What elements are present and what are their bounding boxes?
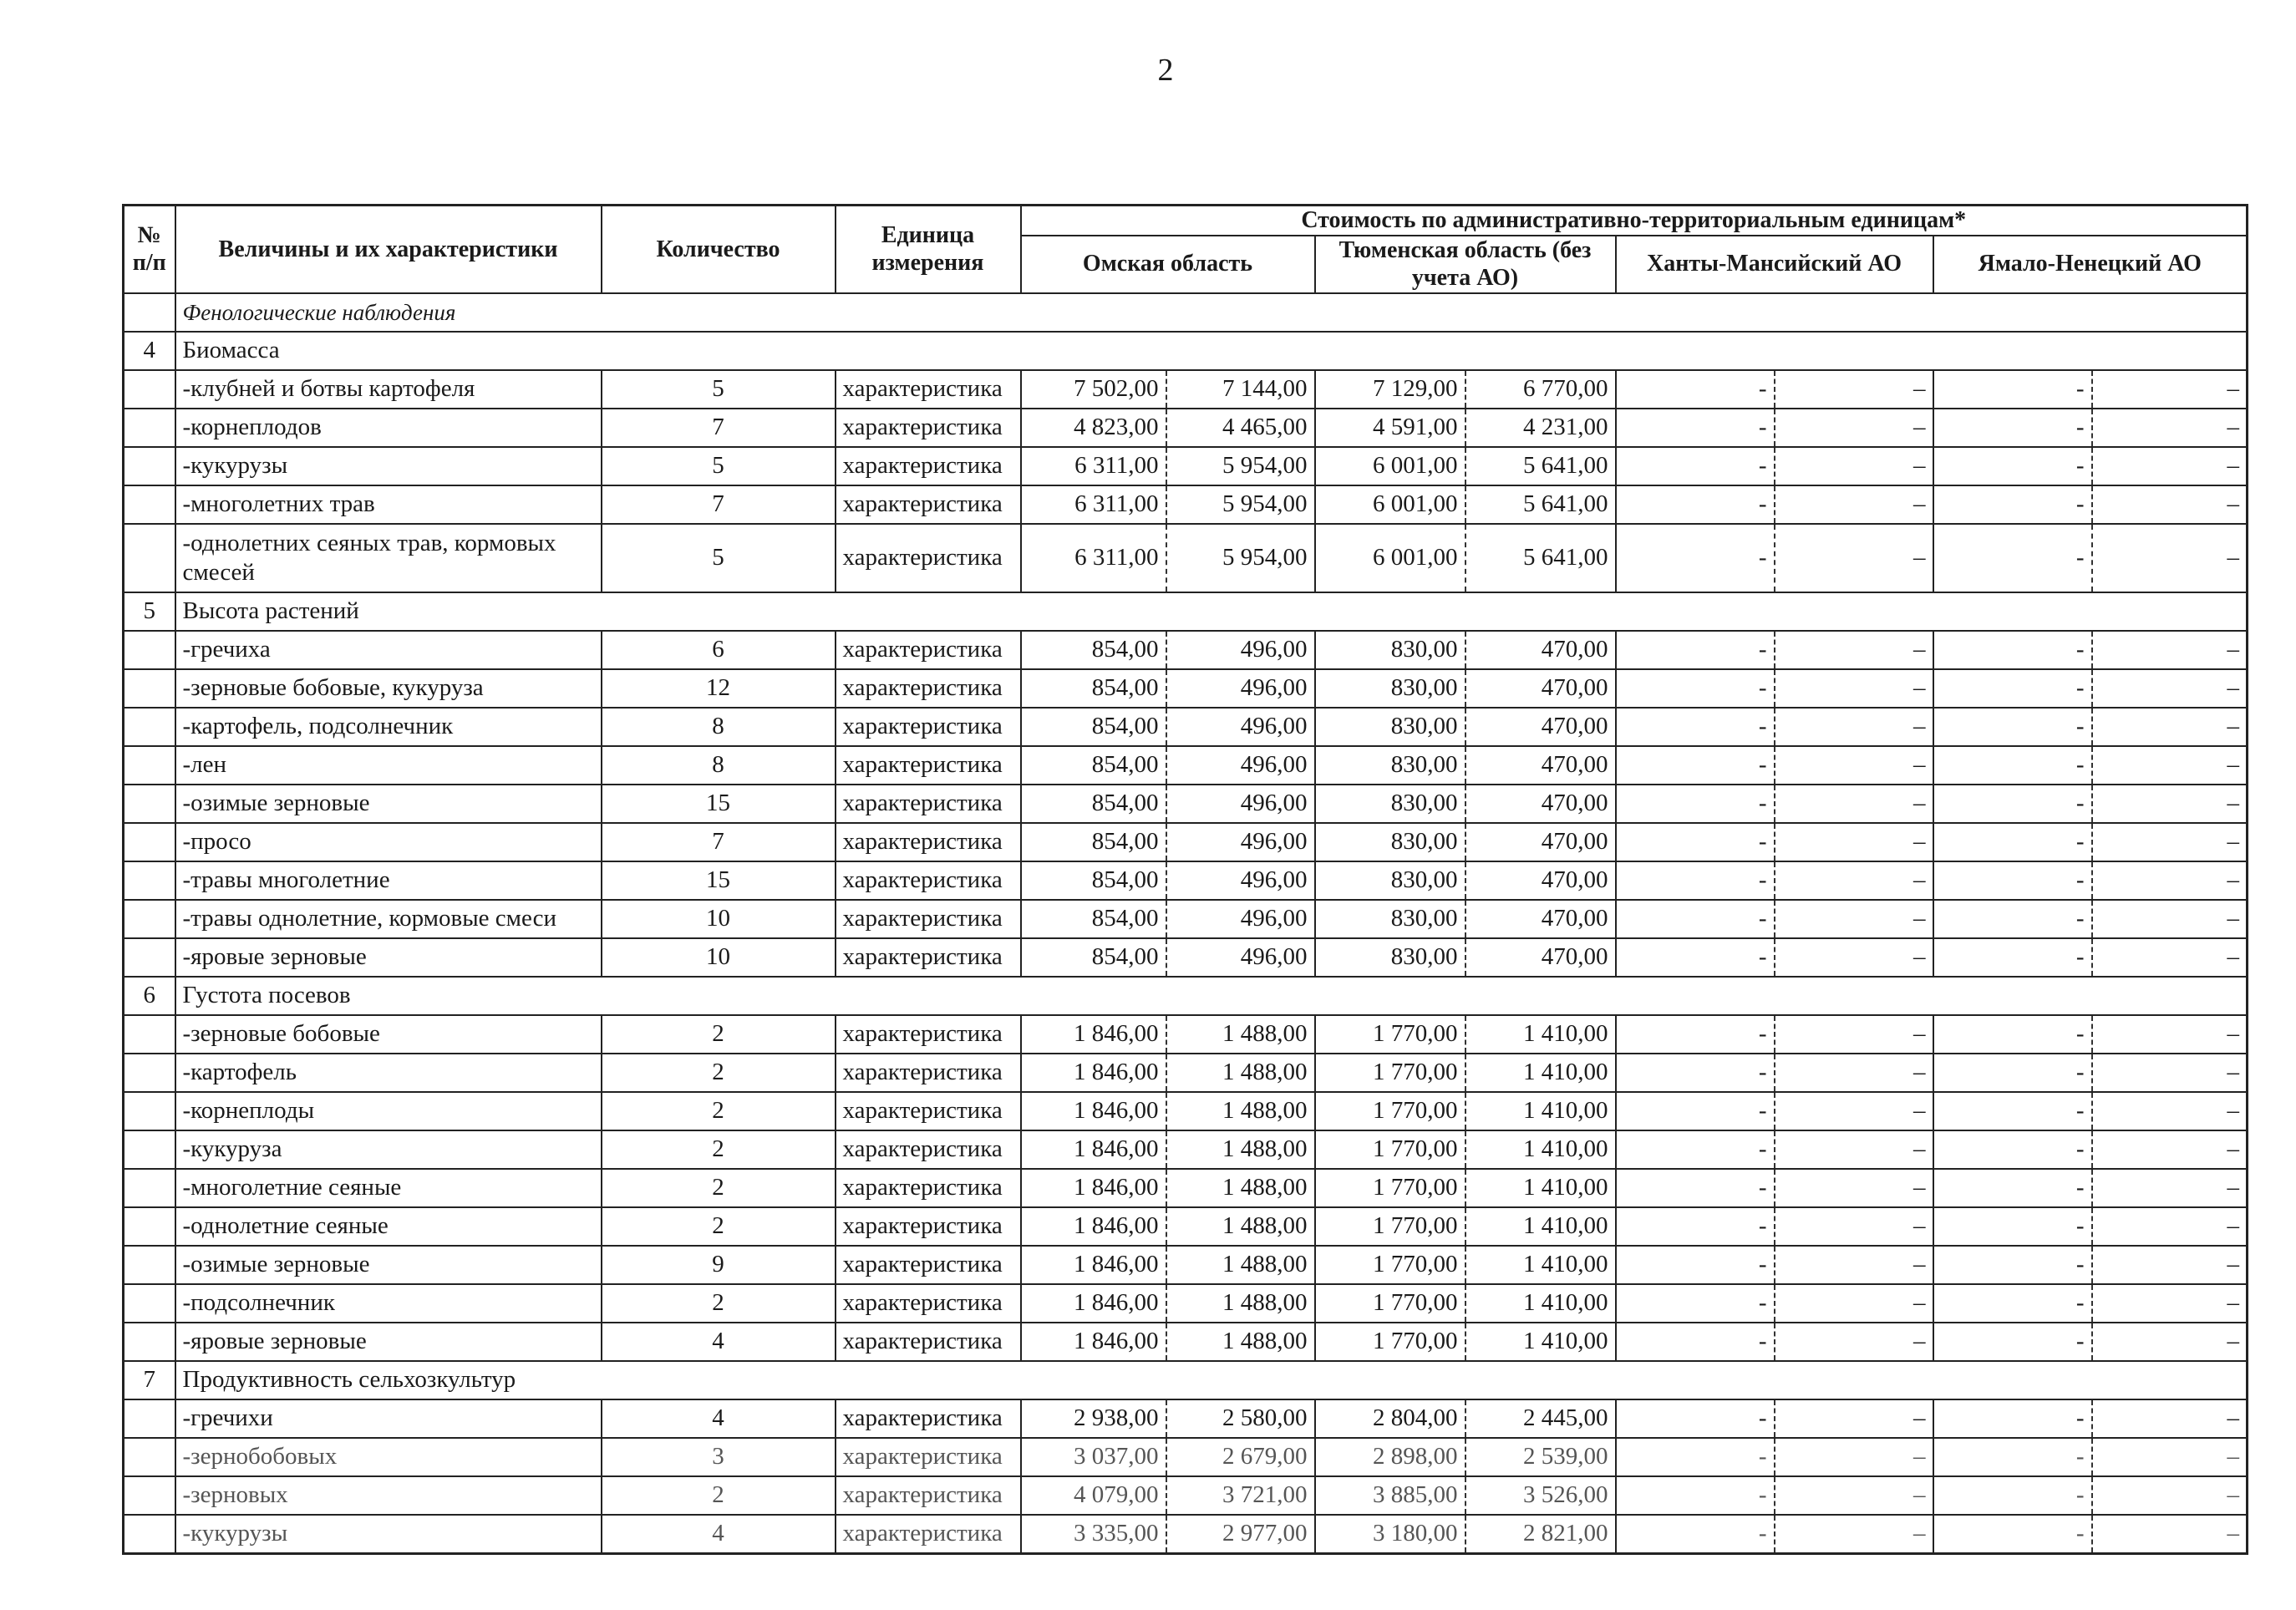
khmao-value-b: – [1775,900,1933,938]
tyumen-value-a: 830,00 [1315,823,1465,861]
tyumen-value-a: 2 898,00 [1315,1438,1465,1476]
khmao-value-a: - [1616,785,1775,823]
yanao-value-b: – [2092,861,2248,900]
row-unit: характеристика [836,1284,1021,1323]
khmao-value-a: - [1616,1092,1775,1130]
yanao-value-a: - [1933,1323,2092,1361]
yanao-value-b: – [2092,1399,2248,1438]
yanao-value-a: - [1933,1399,2092,1438]
table-row: -гречихи4характеристика2 938,002 580,002… [124,1399,2248,1438]
row-number-cell [124,1438,175,1476]
row-number-cell [124,861,175,900]
khmao-value-b: – [1775,1207,1933,1246]
row-name: -картофель, подсолнечник [175,708,602,746]
table-row: -зерновые бобовые, кукуруза12характерист… [124,669,2248,708]
row-name: -многолетние сеяные [175,1169,602,1207]
omsk-value-b: 496,00 [1166,938,1315,977]
yanao-value-a: - [1933,1054,2092,1092]
omsk-value-a: 7 502,00 [1021,370,1166,409]
khmao-value-a: - [1616,746,1775,785]
omsk-value-b: 496,00 [1166,631,1315,669]
yanao-value-b: – [2092,370,2248,409]
khmao-value-b: – [1775,631,1933,669]
khmao-value-a: - [1616,1169,1775,1207]
khmao-value-b: – [1775,938,1933,977]
group-row: 7Продуктивность сельхозкультур [124,1361,2248,1399]
row-unit: характеристика [836,485,1021,524]
yanao-value-a: - [1933,785,2092,823]
tyumen-value-b: 1 410,00 [1465,1092,1616,1130]
omsk-value-b: 5 954,00 [1166,524,1315,592]
row-name: -корнеплоды [175,1092,602,1130]
khmao-value-a: - [1616,1476,1775,1515]
omsk-value-a: 854,00 [1021,900,1166,938]
page-number: 2 [0,52,2296,89]
group-row: 4Биомасса [124,332,2248,370]
yanao-value-a: - [1933,370,2092,409]
tyumen-value-b: 470,00 [1465,785,1616,823]
row-name: -зерновые бобовые [175,1015,602,1054]
group-row: 5Высота растений [124,592,2248,631]
khmao-value-a: - [1616,1399,1775,1438]
tyumen-value-a: 830,00 [1315,708,1465,746]
cost-table: № п/п Величины и их характеристики Колич… [122,204,2248,1555]
row-quantity: 6 [602,631,836,669]
omsk-value-b: 1 488,00 [1166,1015,1315,1054]
group-title: Биомасса [175,332,2248,370]
group-number: 7 [124,1361,175,1399]
yanao-value-b: – [2092,1015,2248,1054]
row-unit: характеристика [836,938,1021,977]
row-number-cell [124,409,175,447]
tyumen-value-b: 1 410,00 [1465,1284,1616,1323]
khmao-value-b: – [1775,524,1933,592]
yanao-value-a: - [1933,409,2092,447]
khmao-value-a: - [1616,708,1775,746]
tyumen-value-b: 2 821,00 [1465,1515,1616,1554]
khmao-value-b: – [1775,447,1933,485]
header-region-tyumen: Тюменская область (без учета АО) [1315,236,1616,293]
row-unit: характеристика [836,1207,1021,1246]
omsk-value-b: 5 954,00 [1166,485,1315,524]
omsk-value-b: 496,00 [1166,708,1315,746]
yanao-value-b: – [2092,1515,2248,1554]
yanao-value-b: – [2092,669,2248,708]
table-row: -гречиха6характеристика854,00496,00830,0… [124,631,2248,669]
row-quantity: 15 [602,785,836,823]
table-row: -кукурузы5характеристика6 311,005 954,00… [124,447,2248,485]
row-unit: характеристика [836,746,1021,785]
tyumen-value-a: 1 770,00 [1315,1015,1465,1054]
omsk-value-a: 6 311,00 [1021,485,1166,524]
row-name: -зерновых [175,1476,602,1515]
omsk-value-b: 1 488,00 [1166,1207,1315,1246]
omsk-value-b: 7 144,00 [1166,370,1315,409]
tyumen-value-a: 6 001,00 [1315,524,1465,592]
table-row: -яровые зерновые10характеристика854,0049… [124,938,2248,977]
row-number-cell [124,1246,175,1284]
khmao-value-a: - [1616,823,1775,861]
yanao-value-a: - [1933,669,2092,708]
yanao-value-a: - [1933,861,2092,900]
table-row: -картофель, подсолнечник8характеристика8… [124,708,2248,746]
row-quantity: 4 [602,1399,836,1438]
khmao-value-b: – [1775,1399,1933,1438]
omsk-value-b: 1 488,00 [1166,1092,1315,1130]
tyumen-value-a: 1 770,00 [1315,1130,1465,1169]
omsk-value-a: 1 846,00 [1021,1054,1166,1092]
row-number-cell [124,370,175,409]
yanao-value-b: – [2092,409,2248,447]
khmao-value-b: – [1775,708,1933,746]
tyumen-value-a: 830,00 [1315,746,1465,785]
khmao-value-b: – [1775,823,1933,861]
row-quantity: 5 [602,447,836,485]
tyumen-value-b: 1 410,00 [1465,1207,1616,1246]
row-quantity: 8 [602,708,836,746]
omsk-value-a: 3 037,00 [1021,1438,1166,1476]
tyumen-value-a: 830,00 [1315,631,1465,669]
row-number-cell [124,1169,175,1207]
omsk-value-b: 4 465,00 [1166,409,1315,447]
row-name: -корнеплодов [175,409,602,447]
khmao-value-a: - [1616,1207,1775,1246]
tyumen-value-b: 5 641,00 [1465,524,1616,592]
omsk-value-a: 854,00 [1021,708,1166,746]
yanao-value-b: – [2092,785,2248,823]
yanao-value-a: - [1933,708,2092,746]
row-number-cell [124,1515,175,1554]
omsk-value-a: 1 846,00 [1021,1207,1166,1246]
tyumen-value-b: 5 641,00 [1465,485,1616,524]
omsk-value-a: 1 846,00 [1021,1323,1166,1361]
khmao-value-b: – [1775,785,1933,823]
yanao-value-b: – [2092,708,2248,746]
table-row: -однолетние сеяные2характеристика1 846,0… [124,1207,2248,1246]
row-quantity: 3 [602,1438,836,1476]
table-row: -зерновые бобовые2характеристика1 846,00… [124,1015,2248,1054]
group-title: Густота посевов [175,977,2248,1015]
tyumen-value-b: 470,00 [1465,669,1616,708]
omsk-value-b: 496,00 [1166,861,1315,900]
khmao-value-b: – [1775,746,1933,785]
tyumen-value-b: 4 231,00 [1465,409,1616,447]
yanao-value-b: – [2092,447,2248,485]
row-quantity: 2 [602,1054,836,1092]
yanao-value-a: - [1933,447,2092,485]
row-number-cell [124,447,175,485]
yanao-value-b: – [2092,1323,2248,1361]
khmao-value-b: – [1775,1054,1933,1092]
khmao-value-a: - [1616,1323,1775,1361]
row-name: -кукуруза [175,1130,602,1169]
row-name: -однолетних сеяных трав, кормовых смесей [175,524,602,592]
yanao-value-b: – [2092,1054,2248,1092]
group-title: Продуктивность сельхозкультур [175,1361,2248,1399]
row-name: -гречиха [175,631,602,669]
table-row: -травы многолетние15характеристика854,00… [124,861,2248,900]
table-row: -яровые зерновые4характеристика1 846,001… [124,1323,2248,1361]
row-name: -яровые зерновые [175,1323,602,1361]
yanao-value-a: - [1933,938,2092,977]
omsk-value-a: 854,00 [1021,938,1166,977]
yanao-value-a: - [1933,524,2092,592]
khmao-value-a: - [1616,1284,1775,1323]
tyumen-value-b: 470,00 [1465,631,1616,669]
khmao-value-b: – [1775,1323,1933,1361]
row-number-cell [124,746,175,785]
section-title: Фенологические наблюдения [175,293,2248,332]
omsk-value-a: 854,00 [1021,631,1166,669]
yanao-value-a: - [1933,1015,2092,1054]
yanao-value-b: – [2092,1438,2248,1476]
yanao-value-a: - [1933,1246,2092,1284]
row-number-cell [124,938,175,977]
row-unit: характеристика [836,524,1021,592]
header-quantity: Количество [602,206,836,293]
khmao-value-b: – [1775,1169,1933,1207]
row-quantity: 8 [602,746,836,785]
omsk-value-a: 6 311,00 [1021,524,1166,592]
row-number-cell [124,1284,175,1323]
yanao-value-b: – [2092,823,2248,861]
khmao-value-b: – [1775,1130,1933,1169]
omsk-value-a: 4 079,00 [1021,1476,1166,1515]
omsk-value-a: 854,00 [1021,861,1166,900]
omsk-value-b: 1 488,00 [1166,1284,1315,1323]
table-row: -озимые зерновые15характеристика854,0049… [124,785,2248,823]
row-unit: характеристика [836,900,1021,938]
row-quantity: 2 [602,1169,836,1207]
row-unit: характеристика [836,370,1021,409]
row-name: -травы многолетние [175,861,602,900]
table-row: -многолетние сеяные2характеристика1 846,… [124,1169,2248,1207]
row-name: -картофель [175,1054,602,1092]
row-number-cell [124,1476,175,1515]
row-unit: характеристика [836,708,1021,746]
table-row: -картофель2характеристика1 846,001 488,0… [124,1054,2248,1092]
khmao-value-a: - [1616,1015,1775,1054]
row-unit: характеристика [836,409,1021,447]
khmao-value-b: – [1775,1092,1933,1130]
header-region-omsk: Омская область [1021,236,1315,293]
tyumen-value-a: 1 770,00 [1315,1246,1465,1284]
yanao-value-b: – [2092,1130,2248,1169]
omsk-value-a: 1 846,00 [1021,1015,1166,1054]
omsk-value-a: 1 846,00 [1021,1130,1166,1169]
table-body: Фенологические наблюдения 4Биомасса-клуб… [124,293,2248,1554]
table-row: -многолетних трав7характеристика6 311,00… [124,485,2248,524]
tyumen-value-a: 1 770,00 [1315,1207,1465,1246]
row-unit: характеристика [836,1246,1021,1284]
row-number-cell [124,1399,175,1438]
row-unit: характеристика [836,1515,1021,1554]
tyumen-value-a: 1 770,00 [1315,1169,1465,1207]
table-header: № п/п Величины и их характеристики Колич… [124,206,2248,293]
row-quantity: 2 [602,1207,836,1246]
row-number-cell [124,1130,175,1169]
yanao-value-a: - [1933,746,2092,785]
tyumen-value-b: 470,00 [1465,861,1616,900]
tyumen-value-b: 1 410,00 [1465,1015,1616,1054]
yanao-value-b: – [2092,1284,2248,1323]
row-quantity: 5 [602,524,836,592]
header-name: Величины и их характеристики [175,206,602,293]
table-row: -зернобобовых3характеристика3 037,002 67… [124,1438,2248,1476]
yanao-value-b: – [2092,746,2248,785]
row-unit: характеристика [836,1169,1021,1207]
tyumen-value-b: 1 410,00 [1465,1246,1616,1284]
yanao-value-b: – [2092,1092,2248,1130]
tyumen-value-b: 470,00 [1465,938,1616,977]
row-quantity: 5 [602,370,836,409]
omsk-value-a: 854,00 [1021,823,1166,861]
row-name: -подсолнечник [175,1284,602,1323]
table-row: -корнеплодов7характеристика4 823,004 465… [124,409,2248,447]
tyumen-value-b: 1 410,00 [1465,1054,1616,1092]
section-row: Фенологические наблюдения [124,293,2248,332]
group-row: 6Густота посевов [124,977,2248,1015]
row-name: -кукурузы [175,447,602,485]
tyumen-value-b: 1 410,00 [1465,1169,1616,1207]
row-unit: характеристика [836,1130,1021,1169]
omsk-value-b: 1 488,00 [1166,1054,1315,1092]
khmao-value-a: - [1616,1054,1775,1092]
yanao-value-b: – [2092,900,2248,938]
yanao-value-a: - [1933,1284,2092,1323]
omsk-value-a: 4 823,00 [1021,409,1166,447]
tyumen-value-b: 470,00 [1465,823,1616,861]
khmao-value-b: – [1775,370,1933,409]
row-quantity: 7 [602,485,836,524]
row-number-cell [124,1015,175,1054]
khmao-value-a: - [1616,370,1775,409]
yanao-value-b: – [2092,485,2248,524]
khmao-value-a: - [1616,1515,1775,1554]
yanao-value-b: – [2092,1169,2248,1207]
tyumen-value-a: 830,00 [1315,900,1465,938]
khmao-value-a: - [1616,1438,1775,1476]
omsk-value-b: 496,00 [1166,785,1315,823]
yanao-value-a: - [1933,823,2092,861]
header-number: № п/п [124,206,175,293]
tyumen-value-b: 470,00 [1465,900,1616,938]
tyumen-value-a: 3 180,00 [1315,1515,1465,1554]
header-region-yanao: Ямало-Ненецкий АО [1933,236,2248,293]
row-unit: характеристика [836,1323,1021,1361]
row-number-cell [124,1054,175,1092]
yanao-value-a: - [1933,1092,2092,1130]
row-unit: характеристика [836,669,1021,708]
row-quantity: 4 [602,1323,836,1361]
omsk-value-b: 496,00 [1166,823,1315,861]
tyumen-value-a: 830,00 [1315,938,1465,977]
omsk-value-a: 2 938,00 [1021,1399,1166,1438]
row-number-cell [124,1323,175,1361]
khmao-value-a: - [1616,631,1775,669]
khmao-value-b: – [1775,1515,1933,1554]
row-unit: характеристика [836,447,1021,485]
khmao-value-b: – [1775,1246,1933,1284]
row-name: -зернобобовых [175,1438,602,1476]
tyumen-value-a: 830,00 [1315,861,1465,900]
yanao-value-a: - [1933,485,2092,524]
omsk-value-a: 1 846,00 [1021,1284,1166,1323]
row-name: -озимые зерновые [175,1246,602,1284]
tyumen-value-a: 3 885,00 [1315,1476,1465,1515]
tyumen-value-a: 6 001,00 [1315,447,1465,485]
row-name: -многолетних трав [175,485,602,524]
table-row: -кукуруза2характеристика1 846,001 488,00… [124,1130,2248,1169]
header-unit: Единица измерения [836,206,1021,293]
table-row: -просо7характеристика854,00496,00830,004… [124,823,2248,861]
row-number-cell [124,524,175,592]
row-unit: характеристика [836,631,1021,669]
group-number: 4 [124,332,175,370]
row-name: -озимые зерновые [175,785,602,823]
omsk-value-b: 2 580,00 [1166,1399,1315,1438]
omsk-value-b: 496,00 [1166,900,1315,938]
tyumen-value-b: 470,00 [1465,746,1616,785]
section-number [124,293,175,332]
row-name: -клубней и ботвы картофеля [175,370,602,409]
table-row: -клубней и ботвы картофеля5характеристик… [124,370,2248,409]
tyumen-value-a: 1 770,00 [1315,1323,1465,1361]
tyumen-value-a: 2 804,00 [1315,1399,1465,1438]
tyumen-value-b: 3 526,00 [1465,1476,1616,1515]
table-row: -травы однолетние, кормовые смеси10харак… [124,900,2248,938]
group-number: 5 [124,592,175,631]
row-number-cell [124,900,175,938]
row-name: -травы однолетние, кормовые смеси [175,900,602,938]
yanao-value-b: – [2092,1246,2248,1284]
row-quantity: 2 [602,1284,836,1323]
row-unit: характеристика [836,1054,1021,1092]
row-unit: характеристика [836,1399,1021,1438]
yanao-value-a: - [1933,1130,2092,1169]
row-quantity: 4 [602,1515,836,1554]
omsk-value-b: 3 721,00 [1166,1476,1315,1515]
table-row: -кукурузы4характеристика3 335,002 977,00… [124,1515,2248,1554]
tyumen-value-a: 1 770,00 [1315,1054,1465,1092]
omsk-value-b: 1 488,00 [1166,1323,1315,1361]
header-region-khmao: Ханты-Мансийский АО [1616,236,1933,293]
yanao-value-a: - [1933,1169,2092,1207]
tyumen-value-a: 830,00 [1315,785,1465,823]
table-row: -однолетних сеяных трав, кормовых смесей… [124,524,2248,592]
row-quantity: 7 [602,823,836,861]
row-name: -гречихи [175,1399,602,1438]
khmao-value-b: – [1775,485,1933,524]
omsk-value-a: 1 846,00 [1021,1169,1166,1207]
row-number-cell [124,708,175,746]
tyumen-value-a: 1 770,00 [1315,1284,1465,1323]
omsk-value-a: 6 311,00 [1021,447,1166,485]
tyumen-value-b: 2 445,00 [1465,1399,1616,1438]
row-quantity: 2 [602,1092,836,1130]
omsk-value-a: 854,00 [1021,785,1166,823]
khmao-value-b: – [1775,1476,1933,1515]
omsk-value-a: 854,00 [1021,746,1166,785]
tyumen-value-a: 6 001,00 [1315,485,1465,524]
yanao-value-a: - [1933,900,2092,938]
khmao-value-a: - [1616,900,1775,938]
khmao-value-a: - [1616,485,1775,524]
row-unit: характеристика [836,861,1021,900]
khmao-value-a: - [1616,938,1775,977]
row-unit: характеристика [836,1438,1021,1476]
omsk-value-b: 1 488,00 [1166,1130,1315,1169]
